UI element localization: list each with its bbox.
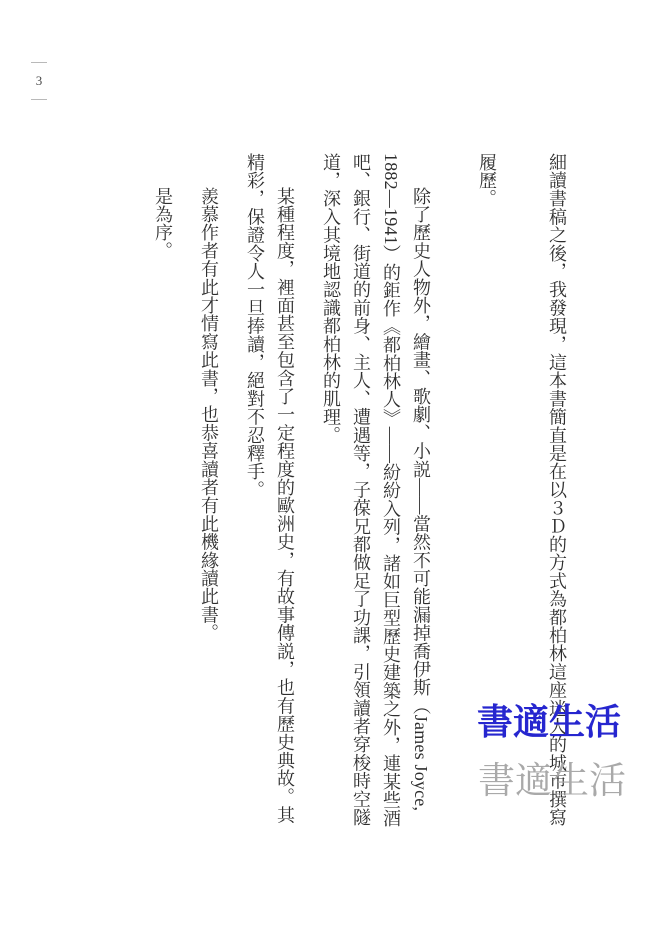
preface-paragraph: 除了歷史人物外，繪畫、歌劇、小説——當然不可能漏掉喬伊斯（James Joyce… — [316, 153, 436, 833]
preface-paragraph: 細讀書稿之後，我發現，這本書簡直是在以３Ｄ的方式為都柏林這座迷人的城市撰寫履歷。 — [452, 153, 592, 833]
book-page: 3 細讀書稿之後，我發現，這本書簡直是在以３Ｄ的方式為都柏林這座迷人的城市撰寫履… — [0, 0, 663, 937]
preface-paragraph: 羨慕作者有此才情寫此書，也恭喜讀者有此機緣讀此書。 — [194, 153, 224, 833]
preface-paragraph: 某種程度，裡面甚至包含了一定程度的歐洲史，有故事傳説，也有歷史典故。其精彩，保證… — [240, 153, 300, 833]
page-number-rule-bottom — [31, 99, 47, 100]
preface-paragraph: 是為序。 — [148, 153, 178, 833]
page-number-block: 3 — [29, 62, 49, 100]
page-number: 3 — [29, 63, 49, 99]
preface-text-block: 細讀書稿之後，我發現，這本書簡直是在以３Ｄ的方式為都柏林這座迷人的城市撰寫履歷。… — [140, 153, 592, 833]
